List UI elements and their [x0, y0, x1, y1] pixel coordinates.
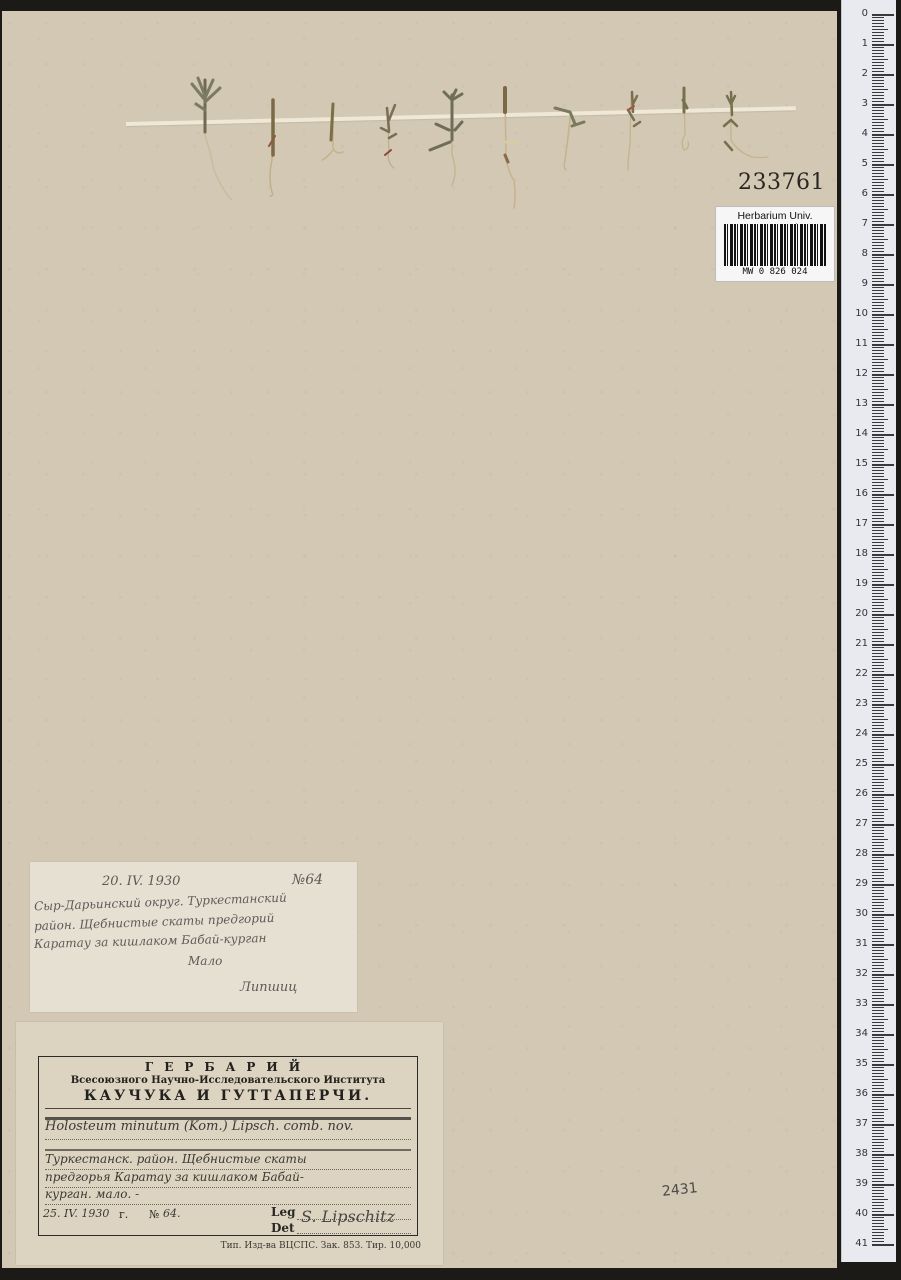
ruler-tick — [872, 233, 884, 234]
ruler-tick — [872, 254, 894, 256]
ruler-label: 34 — [846, 1029, 868, 1039]
hw-number: №64 — [292, 872, 323, 888]
ruler-tick — [872, 62, 884, 63]
ruler-tick — [872, 842, 884, 843]
ruler-tick — [872, 998, 884, 999]
ruler-tick — [872, 41, 884, 42]
ruler-label: 29 — [846, 879, 868, 889]
ruler-label: 9 — [846, 279, 868, 289]
ruler-tick — [872, 209, 888, 210]
ruler-tick — [872, 1160, 884, 1161]
collector-signature: S. Lipschitz — [301, 1207, 395, 1226]
ruler-tick — [872, 1103, 884, 1104]
ruler-label: 15 — [846, 459, 868, 469]
locality-underline-3 — [45, 1204, 411, 1205]
ruler-tick — [872, 65, 884, 66]
ruler-tick — [872, 857, 884, 858]
printed-label-frame: ГЕРБАРИЙ Всесоюзного Научно-Исследовател… — [38, 1056, 418, 1236]
ruler-tick — [872, 1016, 884, 1017]
ruler-tick — [872, 425, 884, 426]
ruler-tick — [872, 218, 884, 219]
ruler-tick — [872, 284, 894, 286]
ruler-tick — [872, 530, 884, 531]
species-name: Holosteum minutum (Kom.) Lipsch. comb. n… — [45, 1119, 354, 1134]
ruler-tick — [872, 743, 884, 744]
ruler-tick — [872, 440, 884, 441]
ruler-tick — [872, 608, 884, 609]
ruler-tick — [872, 965, 884, 966]
ruler-tick — [872, 260, 884, 261]
ruler-tick — [872, 797, 884, 798]
ruler-tick — [872, 1034, 894, 1036]
ruler-tick — [872, 1079, 888, 1080]
barcode-bars — [724, 224, 826, 266]
ruler-tick — [872, 1151, 884, 1152]
plant-specimen-3 — [322, 104, 343, 160]
ruler-tick — [872, 626, 884, 627]
ruler-tick — [872, 23, 884, 24]
ruler-tick — [872, 158, 884, 159]
ruler-tick — [872, 155, 884, 156]
ruler-label: 0 — [846, 9, 868, 19]
ruler-tick — [872, 44, 894, 46]
ruler-tick — [872, 239, 888, 240]
plant-specimen-4 — [381, 105, 396, 168]
ruler-tick — [872, 788, 884, 789]
ruler-tick — [872, 335, 884, 336]
ruler-tick — [872, 908, 884, 909]
ruler-tick — [872, 512, 884, 513]
ruler-tick — [872, 692, 884, 693]
ruler-tick — [872, 665, 884, 666]
ruler-tick — [872, 1064, 894, 1066]
collection-date: 25. IV. 1930 — [43, 1207, 109, 1220]
ruler-tick — [872, 563, 884, 564]
ruler-tick — [872, 407, 884, 408]
ruler-tick — [872, 1052, 884, 1053]
ruler-tick — [872, 149, 888, 150]
ruler-label: 3 — [846, 99, 868, 109]
ruler-tick — [872, 596, 884, 597]
ruler-tick — [872, 56, 884, 57]
ruler-tick — [872, 1226, 884, 1227]
ruler-tick — [872, 1235, 884, 1236]
plant-specimen-7 — [555, 108, 584, 170]
det-label: Det — [271, 1221, 295, 1235]
ruler-tick — [872, 77, 884, 78]
ruler-tick — [872, 1214, 894, 1216]
ruler-tick — [872, 560, 884, 561]
hw-signature: Липшиц — [240, 980, 297, 995]
ruler-tick — [872, 1172, 884, 1173]
ruler-tick — [872, 641, 884, 642]
ruler-tick — [872, 950, 884, 951]
ruler-tick — [872, 518, 884, 519]
ruler-label: 20 — [846, 609, 868, 619]
ruler-tick — [872, 725, 884, 726]
ruler-tick — [872, 353, 884, 354]
ruler-tick — [872, 770, 884, 771]
ruler-tick — [872, 647, 884, 648]
ruler-tick — [872, 482, 884, 483]
ruler-tick — [872, 347, 884, 348]
ruler-tick — [872, 485, 884, 486]
ruler-tick — [872, 1013, 884, 1014]
ruler-tick — [872, 398, 884, 399]
ruler-tick — [872, 701, 884, 702]
plant-specimen-5 — [430, 90, 462, 185]
ruler-tick — [872, 1244, 894, 1246]
ruler-tick — [872, 803, 884, 804]
ruler-tick — [872, 572, 884, 573]
ruler-tick — [872, 983, 884, 984]
ruler-tick — [872, 74, 894, 76]
ruler-tick — [872, 380, 884, 381]
ruler-tick — [872, 362, 884, 363]
ruler-tick — [872, 296, 884, 297]
ruler-tick — [872, 782, 884, 783]
ruler-tick — [872, 710, 884, 711]
ruler-tick — [872, 488, 884, 489]
locality-line-1: Туркестанск. район. Щебнистые скаты — [45, 1152, 307, 1166]
ruler-tick — [872, 659, 888, 660]
ruler-tick — [872, 980, 884, 981]
ruler-tick — [872, 914, 894, 916]
ruler-tick — [872, 779, 888, 780]
printer-imprint: Тип. Изд-ва ВЦСПС. Зак. 853. Тир. 10,000 — [221, 1241, 421, 1251]
ruler-tick — [872, 872, 884, 873]
ruler-tick — [872, 1139, 888, 1140]
ruler-label: 41 — [846, 1239, 868, 1249]
ruler-tick — [872, 584, 894, 586]
ruler-label: 25 — [846, 759, 868, 769]
ruler-tick — [872, 767, 884, 768]
ruler-tick — [872, 1121, 884, 1122]
ruler-label: 2 — [846, 69, 868, 79]
ruler-tick — [872, 1142, 884, 1143]
ruler-tick — [872, 1097, 884, 1098]
ruler-tick — [872, 995, 884, 996]
ruler-label: 38 — [846, 1149, 868, 1159]
title-divider — [45, 1108, 411, 1109]
ruler-tick — [872, 1223, 884, 1224]
plant-specimens — [0, 0, 840, 220]
ruler-tick — [872, 593, 884, 594]
ruler-tick — [872, 521, 884, 522]
ruler-tick — [872, 437, 884, 438]
locality-top-line — [45, 1149, 411, 1151]
ruler-tick — [872, 29, 888, 30]
ruler-tick — [872, 800, 884, 801]
ruler-tick — [872, 1070, 884, 1071]
ruler-tick — [872, 809, 888, 810]
ruler-tick — [872, 1019, 888, 1020]
ruler-tick — [872, 962, 884, 963]
ruler-tick — [872, 104, 894, 106]
accession-number: 233761 — [738, 170, 825, 195]
ruler-tick — [872, 17, 884, 18]
ruler-label: 13 — [846, 399, 868, 409]
ruler-tick — [872, 740, 884, 741]
ruler-label: 10 — [846, 309, 868, 319]
ruler-tick — [872, 1157, 884, 1158]
ruler-tick — [872, 443, 884, 444]
ruler-tick — [872, 326, 884, 327]
ruler-tick — [872, 833, 884, 834]
ruler-tick — [872, 95, 884, 96]
ruler-label: 28 — [846, 849, 868, 859]
ruler-tick — [872, 164, 894, 166]
ruler-label: 12 — [846, 369, 868, 379]
ruler-tick — [872, 1037, 884, 1038]
ruler-tick — [872, 1058, 884, 1059]
ruler-label: 31 — [846, 939, 868, 949]
locality-line-3: курган. мало. - — [45, 1187, 139, 1201]
ruler-tick — [872, 899, 888, 900]
ruler-tick — [872, 707, 884, 708]
ruler-tick — [872, 122, 884, 123]
ruler-tick — [872, 527, 884, 528]
ruler-tick — [872, 404, 894, 406]
ruler-tick — [872, 794, 894, 796]
ruler-tick — [872, 1112, 884, 1113]
ruler-tick — [872, 1220, 884, 1221]
ruler-tick — [872, 305, 884, 306]
ruler-tick — [872, 356, 884, 357]
ruler-tick — [872, 371, 884, 372]
ruler-tick — [872, 851, 884, 852]
collection-number: 64. — [163, 1207, 181, 1220]
ruler-label: 4 — [846, 129, 868, 139]
ruler-tick — [872, 863, 884, 864]
ruler-label: 7 — [846, 219, 868, 229]
plant-specimen-2 — [269, 100, 275, 196]
ruler-tick — [872, 389, 888, 390]
ruler-tick — [872, 773, 884, 774]
ruler-tick — [872, 1124, 894, 1126]
ruler-tick — [872, 431, 884, 432]
ruler-tick — [872, 542, 884, 543]
ruler-tick — [872, 785, 884, 786]
ruler-tick — [872, 491, 884, 492]
ruler-tick — [872, 830, 884, 831]
ruler-tick — [872, 413, 884, 414]
ruler-tick — [872, 1130, 884, 1131]
ruler-tick — [872, 791, 884, 792]
ruler-tick — [872, 704, 894, 706]
ruler-tick — [872, 311, 884, 312]
ruler-tick — [872, 935, 884, 936]
ruler-tick — [872, 1010, 884, 1011]
ruler-tick — [872, 428, 884, 429]
ruler-tick — [872, 191, 884, 192]
ruler-tick — [872, 1193, 884, 1194]
ruler-tick — [872, 668, 884, 669]
ruler-tick — [872, 566, 884, 567]
number-label: № — [149, 1208, 159, 1221]
ruler-tick — [872, 1187, 884, 1188]
ruler-tick — [872, 578, 884, 579]
ruler-tick — [872, 869, 888, 870]
ruler-label: 23 — [846, 699, 868, 709]
ruler-tick — [872, 101, 884, 102]
ruler-tick — [872, 449, 888, 450]
plant-specimen-1 — [192, 78, 232, 200]
ruler-tick — [872, 464, 894, 466]
ruler-tick — [872, 581, 884, 582]
ruler-tick — [872, 674, 894, 676]
ruler-tick — [872, 1178, 884, 1179]
ruler-tick — [872, 323, 884, 324]
ruler-tick — [872, 974, 894, 976]
label-title-herbarium: ГЕРБАРИЙ — [39, 1060, 417, 1074]
ruler-tick — [872, 941, 884, 942]
ruler-label: 16 — [846, 489, 868, 499]
ruler-tick — [872, 1106, 884, 1107]
ruler-tick — [872, 1148, 884, 1149]
ruler-tick — [872, 227, 884, 228]
ruler-tick — [872, 821, 884, 822]
ruler-tick — [872, 134, 894, 136]
ruler-label: 14 — [846, 429, 868, 439]
hw-line-4: Мало — [188, 954, 222, 968]
ruler-tick — [872, 332, 884, 333]
ruler-label: 11 — [846, 339, 868, 349]
ruler-tick — [872, 605, 884, 606]
ruler-tick — [872, 179, 888, 180]
ruler-label: 37 — [846, 1119, 868, 1129]
ruler-tick — [872, 1031, 884, 1032]
ruler-tick — [872, 212, 884, 213]
ruler-label: 27 — [846, 819, 868, 829]
ruler-tick — [872, 695, 884, 696]
ruler-tick — [872, 1163, 884, 1164]
ruler-tick — [872, 1085, 884, 1086]
ruler-tick — [872, 1046, 884, 1047]
ruler-tick — [872, 143, 884, 144]
ruler-label: 22 — [846, 669, 868, 679]
ruler-tick — [872, 818, 884, 819]
ruler-tick — [872, 320, 884, 321]
ruler-tick — [872, 137, 884, 138]
ruler-tick — [872, 845, 884, 846]
ruler-tick — [872, 953, 884, 954]
ruler-tick — [872, 1022, 884, 1023]
ruler-tick — [872, 815, 884, 816]
ruler-tick — [872, 1208, 884, 1209]
ruler-tick — [872, 737, 884, 738]
ruler-tick — [872, 365, 884, 366]
ruler-tick — [872, 1109, 888, 1110]
ruler-tick — [872, 1061, 884, 1062]
ruler-tick — [872, 716, 884, 717]
ruler-tick — [872, 71, 884, 72]
ruler-tick — [872, 764, 894, 766]
printed-label: ГЕРБАРИЙ Всесоюзного Научно-Исследовател… — [16, 1022, 443, 1265]
ruler-tick — [872, 986, 884, 987]
ruler-tick — [872, 275, 884, 276]
ruler-tick — [872, 926, 884, 927]
ruler-tick — [872, 263, 884, 264]
ruler-tick — [872, 38, 884, 39]
ruler-tick — [872, 905, 884, 906]
ruler-tick — [872, 632, 884, 633]
ruler-tick — [872, 653, 884, 654]
ruler-tick — [872, 374, 894, 376]
ruler-tick — [872, 317, 884, 318]
ruler-tick — [872, 392, 884, 393]
ruler-label: 18 — [846, 549, 868, 559]
label-title-institute: Всесоюзного Научно-Исследовательского Ин… — [39, 1075, 417, 1086]
ruler-tick — [872, 473, 884, 474]
ruler-tick — [872, 731, 884, 732]
ruler-tick — [872, 467, 884, 468]
ruler-tick — [872, 53, 884, 54]
ruler-tick — [872, 458, 884, 459]
ruler-tick — [872, 683, 884, 684]
ruler-tick — [872, 959, 888, 960]
ruler-tick — [872, 971, 884, 972]
ruler-tick — [872, 539, 888, 540]
ruler-tick — [872, 455, 884, 456]
ruler-tick — [872, 92, 884, 93]
ruler-tick — [872, 59, 888, 60]
ruler-tick — [872, 713, 884, 714]
ruler-tick — [872, 287, 884, 288]
ruler-tick — [872, 497, 884, 498]
year-suffix: г. — [119, 1208, 128, 1221]
ruler-tick — [872, 1028, 884, 1029]
ruler-tick — [872, 1076, 884, 1077]
ruler-tick — [872, 344, 894, 346]
ruler-tick — [872, 575, 884, 576]
ruler-label: 6 — [846, 189, 868, 199]
ruler-label: 5 — [846, 159, 868, 169]
ruler-tick — [872, 119, 888, 120]
ruler-tick — [872, 1088, 884, 1089]
ruler-tick — [872, 461, 884, 462]
ruler-tick — [872, 599, 888, 600]
ruler-tick — [872, 1184, 894, 1186]
ruler-tick — [872, 299, 888, 300]
ruler-tick — [872, 662, 884, 663]
ruler-tick — [872, 140, 884, 141]
ruler-tick — [872, 152, 884, 153]
ruler-tick — [872, 359, 888, 360]
ruler-tick — [872, 419, 888, 420]
ruler-tick — [872, 266, 884, 267]
ruler-tick — [872, 479, 888, 480]
ruler-tick — [872, 269, 888, 270]
ruler-tick — [872, 341, 884, 342]
ruler-tick — [872, 878, 884, 879]
ruler-tick — [872, 761, 884, 762]
ruler-tick — [872, 170, 884, 171]
plant-specimen-6 — [505, 88, 518, 208]
ruler-tick — [872, 221, 884, 222]
ruler-tick — [872, 452, 884, 453]
ruler-tick — [872, 524, 894, 526]
ruler-tick — [872, 506, 884, 507]
ruler-tick — [872, 1169, 888, 1170]
ruler-tick — [872, 890, 884, 891]
ruler-tick — [872, 503, 884, 504]
ruler-tick — [872, 860, 884, 861]
ruler-tick — [872, 911, 884, 912]
ruler-tick — [872, 722, 884, 723]
ruler-tick — [872, 893, 884, 894]
ruler-tick — [872, 1217, 884, 1218]
